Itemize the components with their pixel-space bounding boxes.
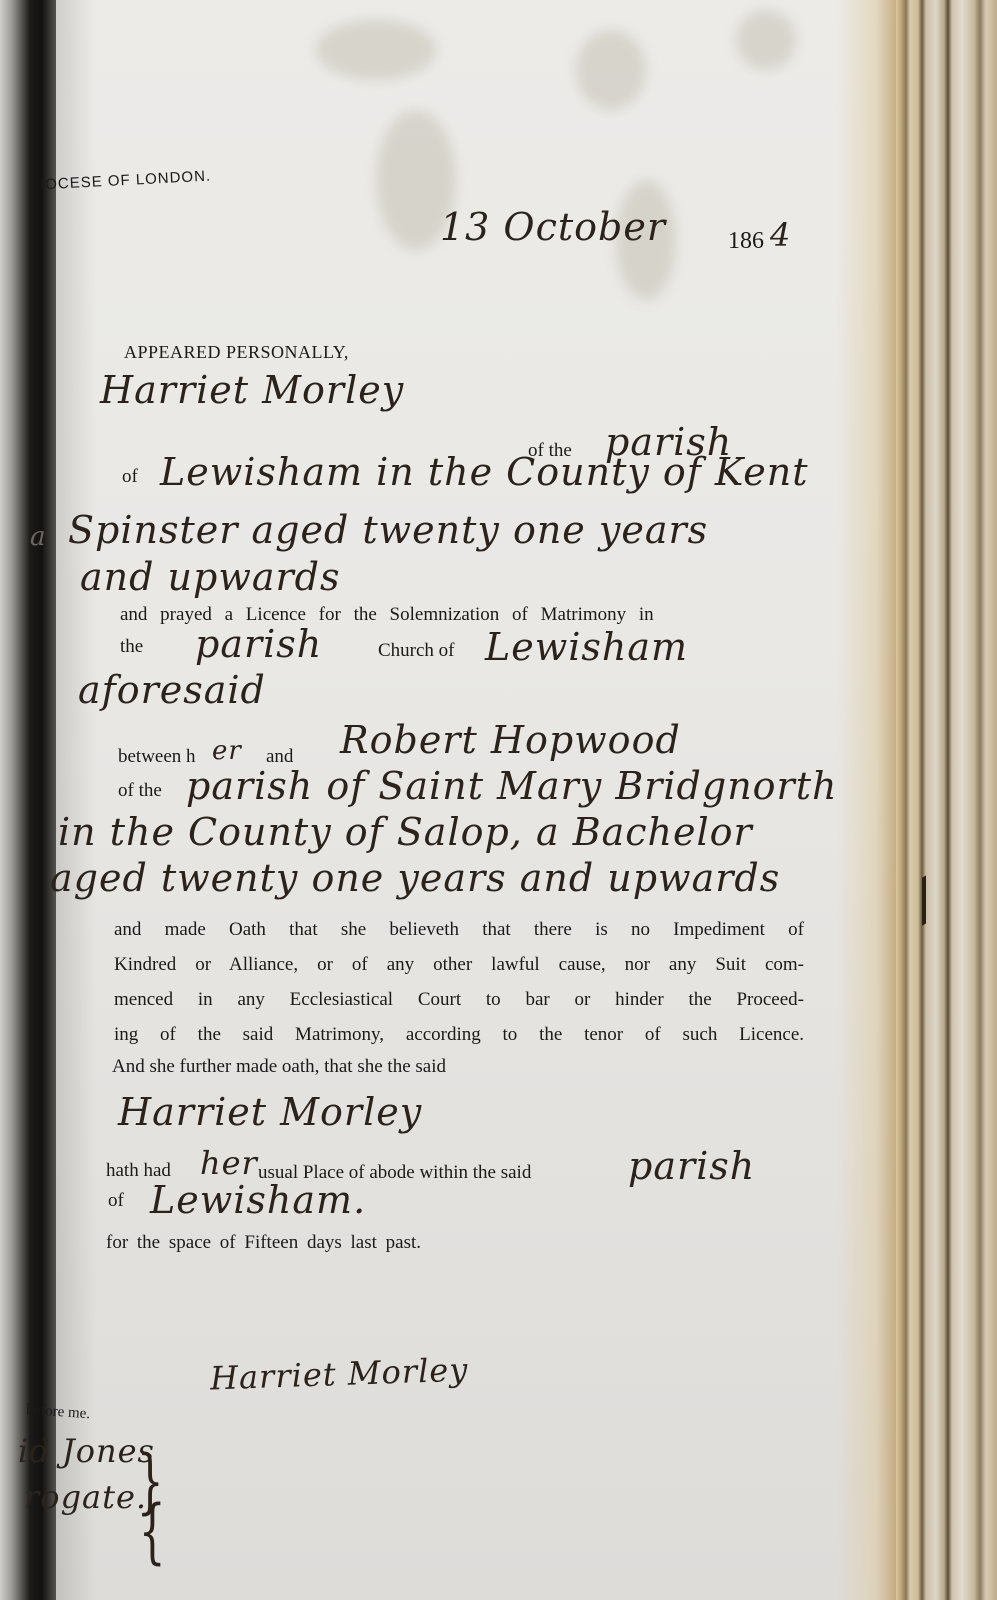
- groom-county: in the County of Salop, a Bachelor: [58, 810, 753, 854]
- appellant-name: Harriet Morley: [100, 368, 404, 412]
- appeared-personally-label: APPEARED PERSONALLY,: [124, 342, 349, 363]
- church-place: Lewisham: [485, 625, 688, 669]
- page-edges-stack: [896, 0, 997, 1600]
- aforesaid: aforesaid: [78, 668, 266, 712]
- official-title: rogate.: [24, 1478, 147, 1516]
- margin-mark: a: [30, 522, 47, 552]
- groom-age: aged twenty one years and upwards: [50, 856, 780, 900]
- status-line: Spinster aged twenty one years: [68, 508, 708, 552]
- oath-paragraph: and made Oath that she believeth that th…: [114, 912, 804, 1052]
- page-edge-discoloration: [836, 0, 896, 1600]
- signature-brace: {: [139, 1490, 166, 1572]
- groom-name: Robert Hopwood: [340, 718, 681, 762]
- groom-parish: parish of Saint Mary Bridgnorth: [186, 764, 837, 808]
- residency-name: Harriet Morley: [118, 1090, 422, 1134]
- residence-place: Lewisham in the County of Kent: [160, 450, 809, 494]
- church-type: parish: [195, 622, 322, 666]
- oath-line: and made Oath that she believeth that th…: [114, 912, 804, 947]
- date-handwritten: 13 October: [440, 205, 666, 249]
- of-label: of: [122, 466, 138, 488]
- between-label: between h: [118, 746, 196, 768]
- oath-line: Kindred or Alliance, or of any other law…: [114, 947, 804, 982]
- residency-parish: parish: [628, 1144, 755, 1188]
- paper-stain: [736, 10, 796, 70]
- year-printed-prefix: 186: [728, 228, 764, 255]
- residency-place: Lewisham.: [150, 1178, 366, 1222]
- oath-line: ing of the said Matrimony, according to …: [114, 1017, 804, 1052]
- paper-stain: [576, 30, 646, 110]
- church-of-label: Church of: [378, 640, 455, 662]
- of-label-3: of: [108, 1190, 124, 1212]
- of-the-label-2: of the: [118, 780, 162, 802]
- year-handwritten-suffix: 4: [770, 216, 791, 254]
- oath-line: menced in any Ecclesiastical Court to ba…: [114, 982, 804, 1017]
- between-pronoun: er: [212, 736, 242, 766]
- status-line-2: and upwards: [80, 555, 341, 599]
- paper-stain: [316, 20, 436, 80]
- the-label: the: [120, 636, 143, 658]
- official-name: id Jones: [18, 1432, 155, 1470]
- residency-pronoun: her: [200, 1144, 258, 1182]
- further-oath-line: And she further made oath, that she the …: [112, 1056, 446, 1078]
- period-text: for the space of Fifteen days last past.: [106, 1232, 421, 1254]
